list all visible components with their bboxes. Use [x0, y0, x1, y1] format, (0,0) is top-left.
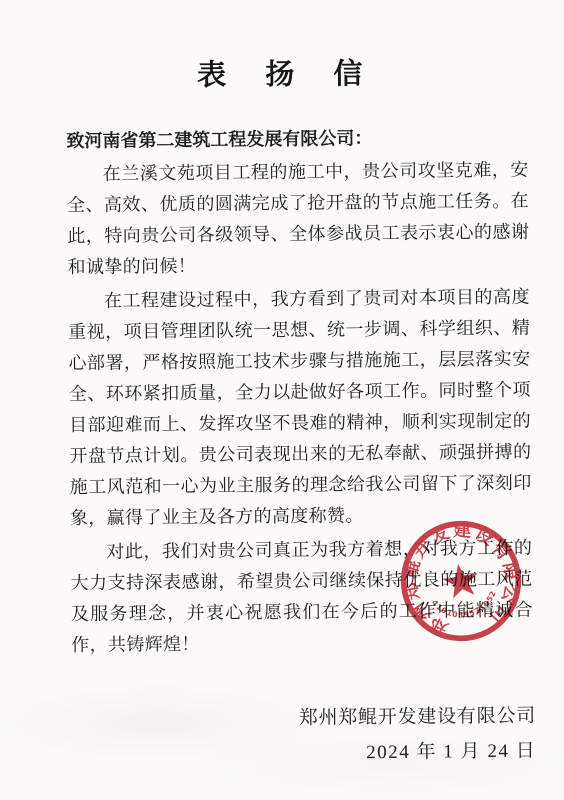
- signature-block: 郑州郑鲲开发建设有限公司 2024 年 1 月 24 日: [4, 699, 537, 774]
- body-paragraph: 在兰溪文苑项目工程的施工中，贵公司攻坚克难，安全、高效、优质的圆满完成了抢开盘的…: [67, 155, 530, 283]
- body-paragraph: 对此，我们对贵公司真正为我方着想，对我方工作的大力支持深表感谢，希望贵公司继续保…: [70, 533, 533, 661]
- signature-company-name: 郑州郑鲲开发建设有限公司: [4, 699, 536, 739]
- commendation-letter-page: 表 扬 信 致河南省第二建筑工程发展有限公司： 在兰溪文苑项目工程的施工中，贵公…: [0, 0, 564, 800]
- salutation-line: 致河南省第二建筑工程发展有限公司：: [66, 125, 528, 153]
- body-paragraph: 在工程建设过程中，我方看到了贵司对本项目的高度重视，项目管理团队统一思想、统一步…: [68, 282, 532, 534]
- letter-body: 在兰溪文苑项目工程的施工中，贵公司攻坚克难，安全、高效、优质的圆满完成了抢开盘的…: [67, 155, 534, 661]
- signature-date: 2024 年 1 月 24 日: [4, 734, 536, 774]
- letter-content: 表 扬 信 致河南省第二建筑工程发展有限公司： 在兰溪文苑项目工程的施工中，贵公…: [0, 0, 564, 774]
- letter-title: 表 扬 信: [0, 49, 562, 95]
